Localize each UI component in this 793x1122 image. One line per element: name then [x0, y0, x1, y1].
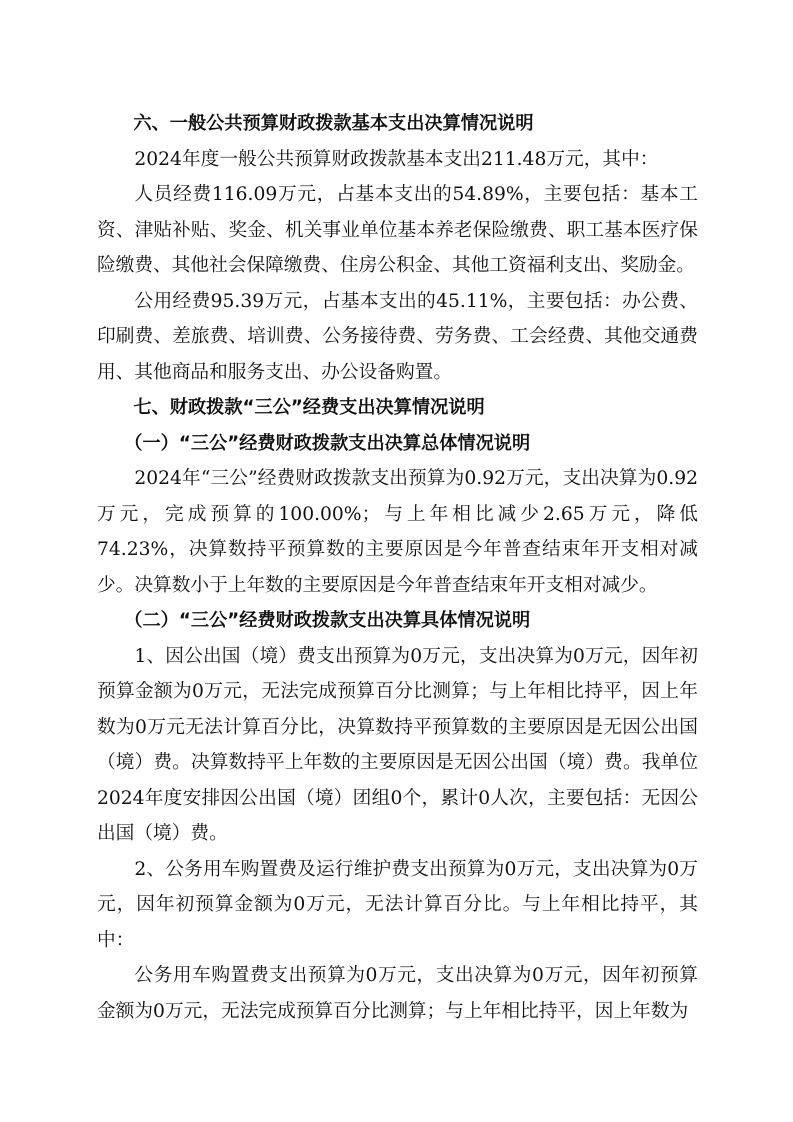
paragraph-basic-expenditure-total: 2024年度一般公共预算财政拨款基本支出211.48万元，其中： [97, 142, 698, 178]
paragraph-three-public-overall: 2024年“三公”经费财政拨款支出预算为0.92万元，支出决算为0.92万元，完… [97, 461, 698, 603]
paragraph-vehicle-purchase: 公务用车购置费支出预算为0万元，支出决算为0万元，因年初预算金额为0万元，无法完… [97, 958, 698, 1029]
section-heading-7: 七、财政拨款“三公”经费支出决算情况说明 [97, 390, 698, 426]
subsection-heading-specific: （二）“三公”经费财政拨款支出决算具体情况说明 [97, 603, 698, 639]
subsection-heading-overall: （一）“三公”经费财政拨款支出决算总体情况说明 [97, 426, 698, 462]
paragraph-vehicle-expenses: 2、公务用车购置费及运行维护费支出预算为0万元，支出决算为0万元，因年初预算金额… [97, 852, 698, 959]
paragraph-personnel-expenses: 人员经费116.09万元，占基本支出的54.89%，主要包括：基本工资、津贴补贴… [97, 177, 698, 284]
paragraph-overseas-travel: 1、因公出国（境）费支出预算为0万元，支出决算为0万元，因年初预算金额为0万元，… [97, 639, 698, 852]
paragraph-public-expenses: 公用经费95.39万元，占基本支出的45.11%，主要包括：办公费、印刷费、差旅… [97, 284, 698, 391]
document-page: 六、一般公共预算财政拨款基本支出决算情况说明 2024年度一般公共预算财政拨款基… [97, 106, 698, 1029]
section-heading-6: 六、一般公共预算财政拨款基本支出决算情况说明 [97, 106, 698, 142]
